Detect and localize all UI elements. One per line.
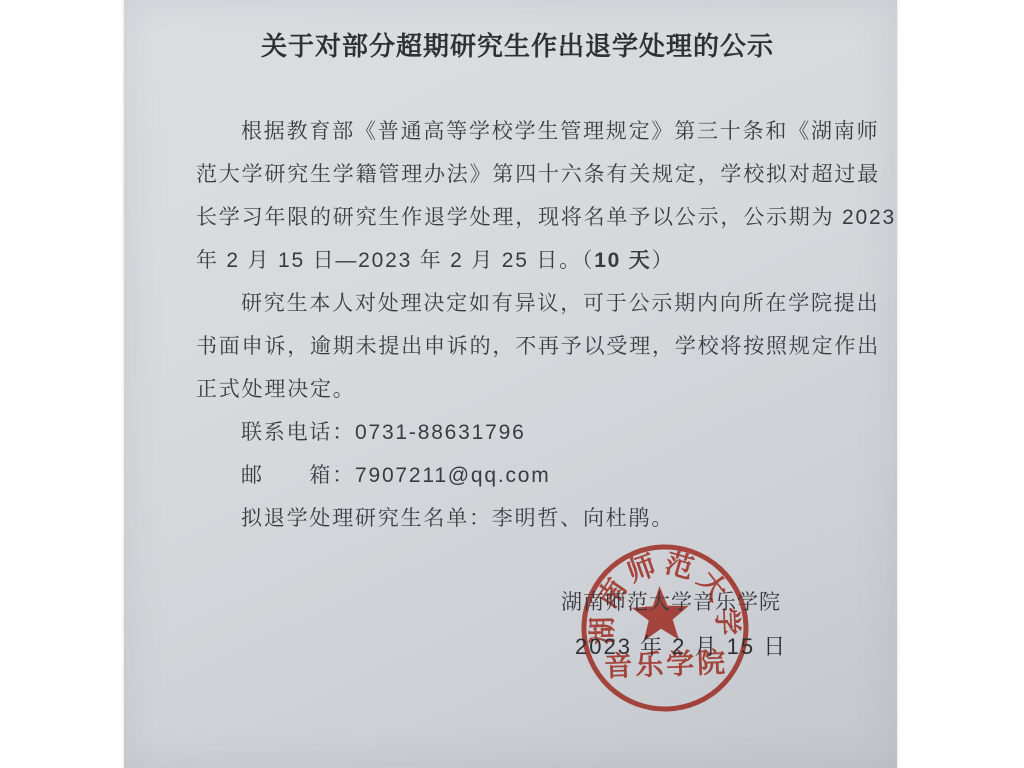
signature-organization: 湖南师范大学音乐学院: [561, 586, 781, 616]
body-line: 正式处理决定。: [196, 368, 839, 411]
body-line: 书面申诉，逾期未提出申诉的，不再予以受理，学校将按照规定作出: [196, 325, 839, 368]
body-line: 根据教育部《普通高等学校学生管理规定》第三十条和《湖南师: [196, 110, 839, 153]
period-close: ）: [652, 249, 675, 272]
body-line: 范大学研究生学籍管理办法》第四十六条有关规定，学校拟对超过最: [196, 153, 839, 196]
body-line: 研究生本人对处理决定如有异议，可于公示期内向所在学院提出: [196, 282, 839, 325]
body-line: 长学习年限的研究生作退学处理，现将名单予以公示，公示期为 2023: [196, 196, 839, 239]
contact-phone-line: 联系电话：0731-88631796: [196, 411, 839, 454]
signature-date: 2023 年 2 月 15 日: [575, 630, 787, 661]
period-text: 年 2 月 15 日—2023 年 2 月 25 日。（: [196, 249, 594, 272]
contact-email-line: 邮 箱：7907211@qq.com: [196, 454, 839, 497]
official-seal: 湖南师范大学 音乐学院: [573, 535, 757, 723]
period-days-bold: 10 天: [594, 249, 651, 272]
body-line-public-period: 年 2 月 15 日—2023 年 2 月 25 日。（10 天）: [196, 239, 839, 282]
photo-background: 关于对部分超期研究生作出退学处理的公示 根据教育部《普通高等学校学生管理规定》第…: [0, 0, 1024, 768]
document-body: 根据教育部《普通高等学校学生管理规定》第三十条和《湖南师 范大学研究生学籍管理办…: [196, 110, 839, 540]
student-list-line: 拟退学处理研究生名单：李明哲、向杜鹃。: [196, 497, 839, 540]
document-title: 关于对部分超期研究生作出退学处理的公示: [196, 26, 839, 66]
document-paper: 关于对部分超期研究生作出退学处理的公示 根据教育部《普通高等学校学生管理规定》第…: [124, 0, 897, 768]
